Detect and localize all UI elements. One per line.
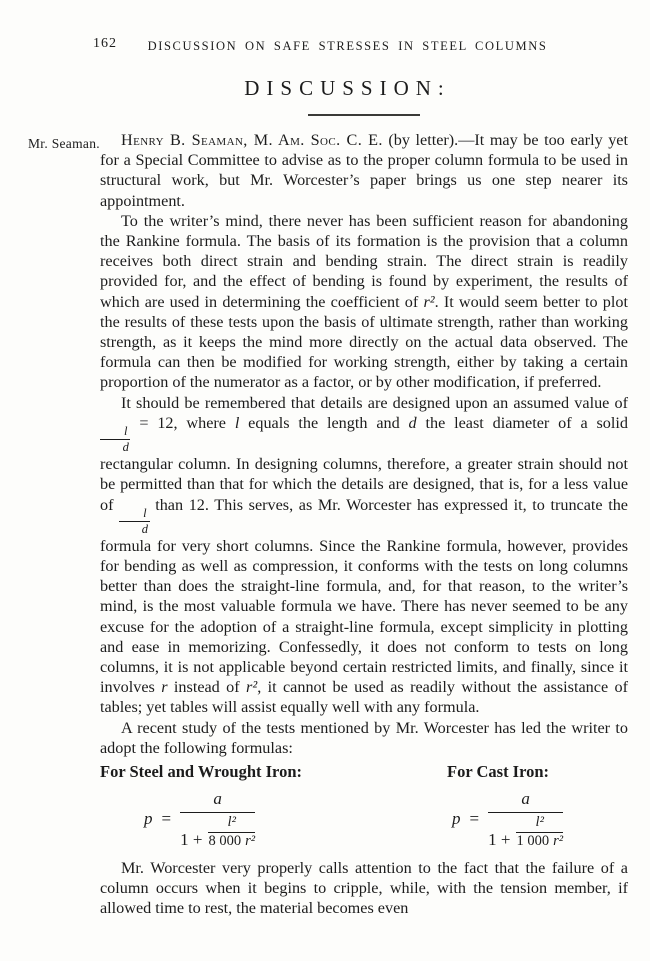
text-segment: It should be remembered that details are… xyxy=(121,394,628,412)
equals-sign: = xyxy=(470,810,480,829)
margin-note: Mr. Seaman. xyxy=(28,136,100,152)
denominator-prefix: 1 + xyxy=(180,831,202,850)
fraction-denominator: 1 + l² 8 000 r² xyxy=(180,813,255,850)
text-segment: equals the length and xyxy=(239,414,408,432)
paragraph-details: It should be remembered that details are… xyxy=(100,393,628,718)
inline-fraction: ld xyxy=(100,425,130,454)
paragraph-cripple: Mr. Worcester very properly calls attent… xyxy=(100,858,628,919)
text-segment: r² xyxy=(423,293,434,311)
running-head: DISCUSSION ON SAFE STRESSES IN STEEL COL… xyxy=(100,39,595,54)
outer-fraction: a 1 + l² 8 000 r² xyxy=(180,790,255,850)
inner-fraction: l² 1 000 r² xyxy=(516,815,563,850)
section-title: DISCUSSION: xyxy=(100,76,595,101)
text-segment: Mr. Worcester very properly calls attent… xyxy=(100,859,628,917)
inner-fraction: l² 8 000 r² xyxy=(208,815,255,850)
text-segment: = 12, where xyxy=(130,414,234,432)
text-segment: d xyxy=(409,414,417,432)
paragraph-intro: Henry B. Seaman, M. Am. Soc. C. E. (by l… xyxy=(100,130,628,211)
text-segment: A recent study of the tests mentioned by… xyxy=(100,719,628,757)
formula-steel-wrought-iron: p = a 1 + l² 8 000 r² xyxy=(144,790,255,850)
text-segment: instead of xyxy=(168,678,246,696)
text-segment: than 12. This serves, as Mr. Worcester h… xyxy=(100,496,628,697)
formula-variable: p xyxy=(452,810,461,829)
text-segment: Henry B. Seaman, M. Am. Soc. C. E. xyxy=(121,131,383,149)
inner-numerator: l² xyxy=(516,815,563,833)
paragraph-recent-study: A recent study of the tests mentioned by… xyxy=(100,718,628,758)
fraction-denominator: 1 + l² 1 000 r² xyxy=(488,813,563,850)
inline-fraction: ld xyxy=(119,507,149,536)
formula-variable: p xyxy=(144,810,153,829)
inner-denominator: 1 000 r² xyxy=(516,833,563,850)
formula-cast-iron: p = a 1 + l² 1 000 r² xyxy=(452,790,563,850)
formula-row: p = a 1 + l² 8 000 r² xyxy=(100,788,628,854)
fraction-numerator: a xyxy=(488,790,563,813)
inner-denominator-variable: r² xyxy=(245,834,255,850)
document-page: 162 DISCUSSION ON SAFE STRESSES IN STEEL… xyxy=(0,0,650,961)
text-segment: r² xyxy=(246,678,257,696)
inner-denominator-coefficient: 8 000 xyxy=(208,834,241,850)
formula-labels-row: For Steel and Wrought Iron: For Cast Iro… xyxy=(100,762,628,786)
equals-sign: = xyxy=(162,810,172,829)
inner-denominator-coefficient: 1 000 xyxy=(516,834,549,850)
body-text: Henry B. Seaman, M. Am. Soc. C. E. (by l… xyxy=(100,130,628,919)
denominator-prefix: 1 + xyxy=(488,831,510,850)
title-rule xyxy=(308,114,420,116)
fraction-numerator: a xyxy=(180,790,255,813)
inner-denominator-variable: r² xyxy=(553,834,563,850)
formula-label-steel-wrought-iron: For Steel and Wrought Iron: xyxy=(100,762,302,782)
paragraph-rankine: To the writer’s mind, there never has be… xyxy=(100,211,628,393)
formula-label-cast-iron: For Cast Iron: xyxy=(447,762,549,782)
inner-numerator: l² xyxy=(208,815,255,833)
inner-denominator: 8 000 r² xyxy=(208,833,255,850)
outer-fraction: a 1 + l² 1 000 r² xyxy=(488,790,563,850)
